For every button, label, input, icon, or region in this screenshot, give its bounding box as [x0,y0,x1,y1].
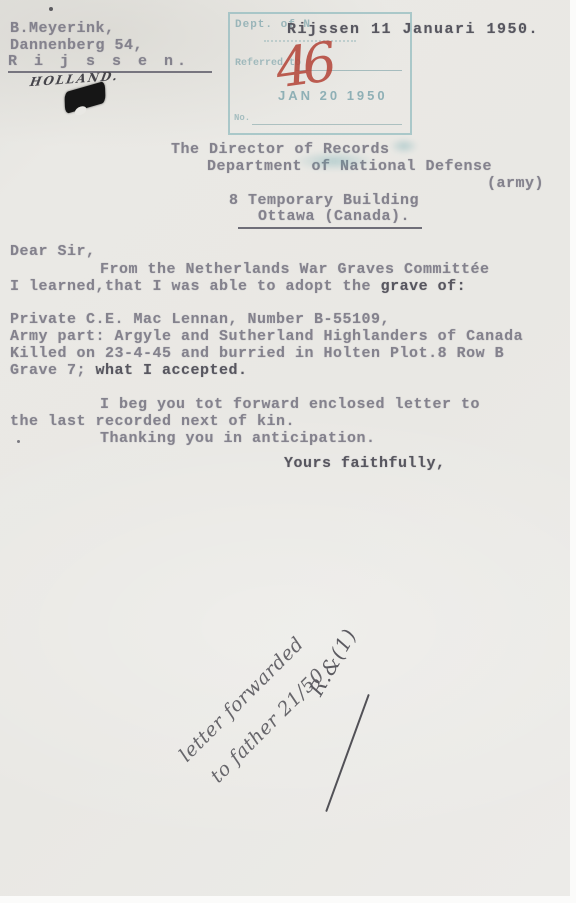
stamp-ruled-line [252,124,402,125]
paper-speck [17,440,20,443]
body-line: the last recorded next of kin. [10,413,295,430]
sender-street: Dannenberg 54, [10,37,143,54]
body-line: Private C.E. Mac Lennan, Number B-55109, [10,311,390,328]
sender-city: R i j s s e n. [8,53,212,70]
recipient-line3: (army) [487,175,544,192]
body-line: Killed on 23-4-45 and burried in Holten … [10,345,504,362]
sender-name: B.Meyerink, [10,20,115,37]
salutation: Dear Sir, [10,243,96,260]
recipient-line4: 8 Temporary Building [229,192,419,209]
stamp-ink-smudge [294,151,374,171]
body-segment-dark: grave of: [381,278,467,295]
stamp-file-label: No. [234,113,250,124]
body-line: I beg you tot forward enclosed letter to [100,396,480,413]
handwritten-note: letter forwarded to father 21/50 [87,545,424,882]
stamp-ink-smudge [390,138,418,154]
body-segment: Grave 7; [10,362,96,379]
body-segment: I learned,that I was able to adopt the [10,278,381,295]
body-line: From the Netherlands War Graves Committé… [100,261,490,278]
recipient-line5: Ottawa (Canada). [258,208,422,225]
dateline: Rijssen 11 Januari 1950. [287,21,539,38]
scanned-letter-page: B.Meyerink, Dannenberg 54, R i j s s e n… [0,0,570,896]
body-line: Army part: Argyle and Sutherland Highlan… [10,328,523,345]
body-line: I learned,that I was able to adopt the g… [10,278,466,295]
paper-speck [49,7,53,11]
registry-number-handwritten: 46 [272,35,332,98]
body-line: Grave 7; what I accepted. [10,362,248,379]
recipient-city-underlined: Ottawa (Canada). [238,208,422,229]
body-line: Thanking you in anticipation. [100,430,376,447]
body-segment-dark: what I accepted. [96,362,248,379]
closing: Yours faithfully, [284,455,446,472]
